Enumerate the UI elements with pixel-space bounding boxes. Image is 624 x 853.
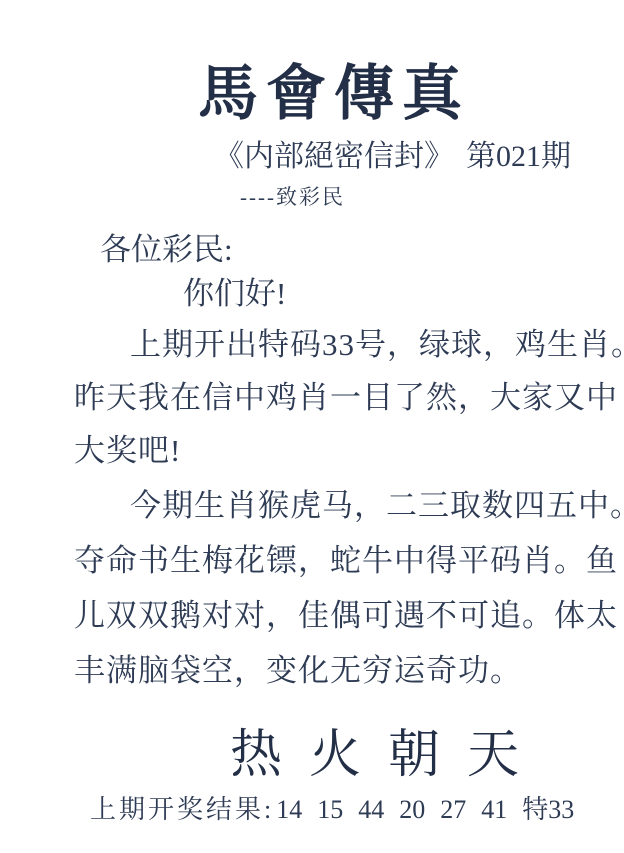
last-draw-results: 上期开奖结果:141544202741特33 [90, 789, 574, 826]
paragraph-current-tip: 今期生肖猴虎马，二三取数四五中。 夺命书生梅花镖，蛇牛中得平码肖。鱼 儿双双鹅对… [74, 478, 604, 698]
body-line: 儿双双鹅对对，佳偶可遇不可追。体太 [74, 588, 604, 643]
results-label: 上期开奖结果: [90, 795, 274, 824]
special-number-group: 特33 [522, 795, 574, 824]
result-number: 20 [399, 795, 425, 824]
special-number-label: 特 [522, 795, 548, 824]
paragraph-last-draw: 上期开出特码33号，绿球，鸡生肖。 昨天我在信中鸡肖一目了然，大家又中 大奖吧! [74, 318, 604, 477]
result-number: 44 [358, 795, 384, 824]
body-line: 夺命书生梅花镖，蛇牛中得平码肖。鱼 [74, 533, 604, 588]
result-number: 15 [317, 795, 343, 824]
result-number: 41 [481, 795, 507, 824]
body-line: 丰满脑袋空，变化无穷运奇功。 [74, 643, 604, 698]
greeting: 你们好! [183, 268, 286, 313]
subtitle: 《内部絕密信封》第021期 [214, 131, 571, 175]
body-line: 上期开出特码33号，绿球，鸡生肖。 [74, 318, 604, 371]
fax-page: 馬會傳真 《内部絕密信封》第021期 ----致彩民 各位彩民: 你们好! 上期… [0, 0, 624, 853]
subtitle-envelope-label: 《内部絕密信封》 [214, 140, 454, 173]
body-line: 今期生肖猴虎马，二三取数四五中。 [74, 478, 604, 533]
subtitle-issue-number: 第021期 [466, 140, 571, 173]
salutation: 各位彩民: [100, 224, 233, 269]
result-number: 27 [440, 795, 466, 824]
page-title: 馬會傳真 [198, 46, 470, 132]
dedication-line: ----致彩民 [240, 181, 345, 211]
body-line: 昨天我在信中鸡肖一目了然，大家又中 [74, 371, 604, 424]
result-number: 14 [276, 795, 302, 824]
slogan: 热火朝天 [230, 712, 546, 787]
body-line: 大奖吧! [74, 424, 604, 477]
special-number-value: 33 [548, 795, 574, 824]
